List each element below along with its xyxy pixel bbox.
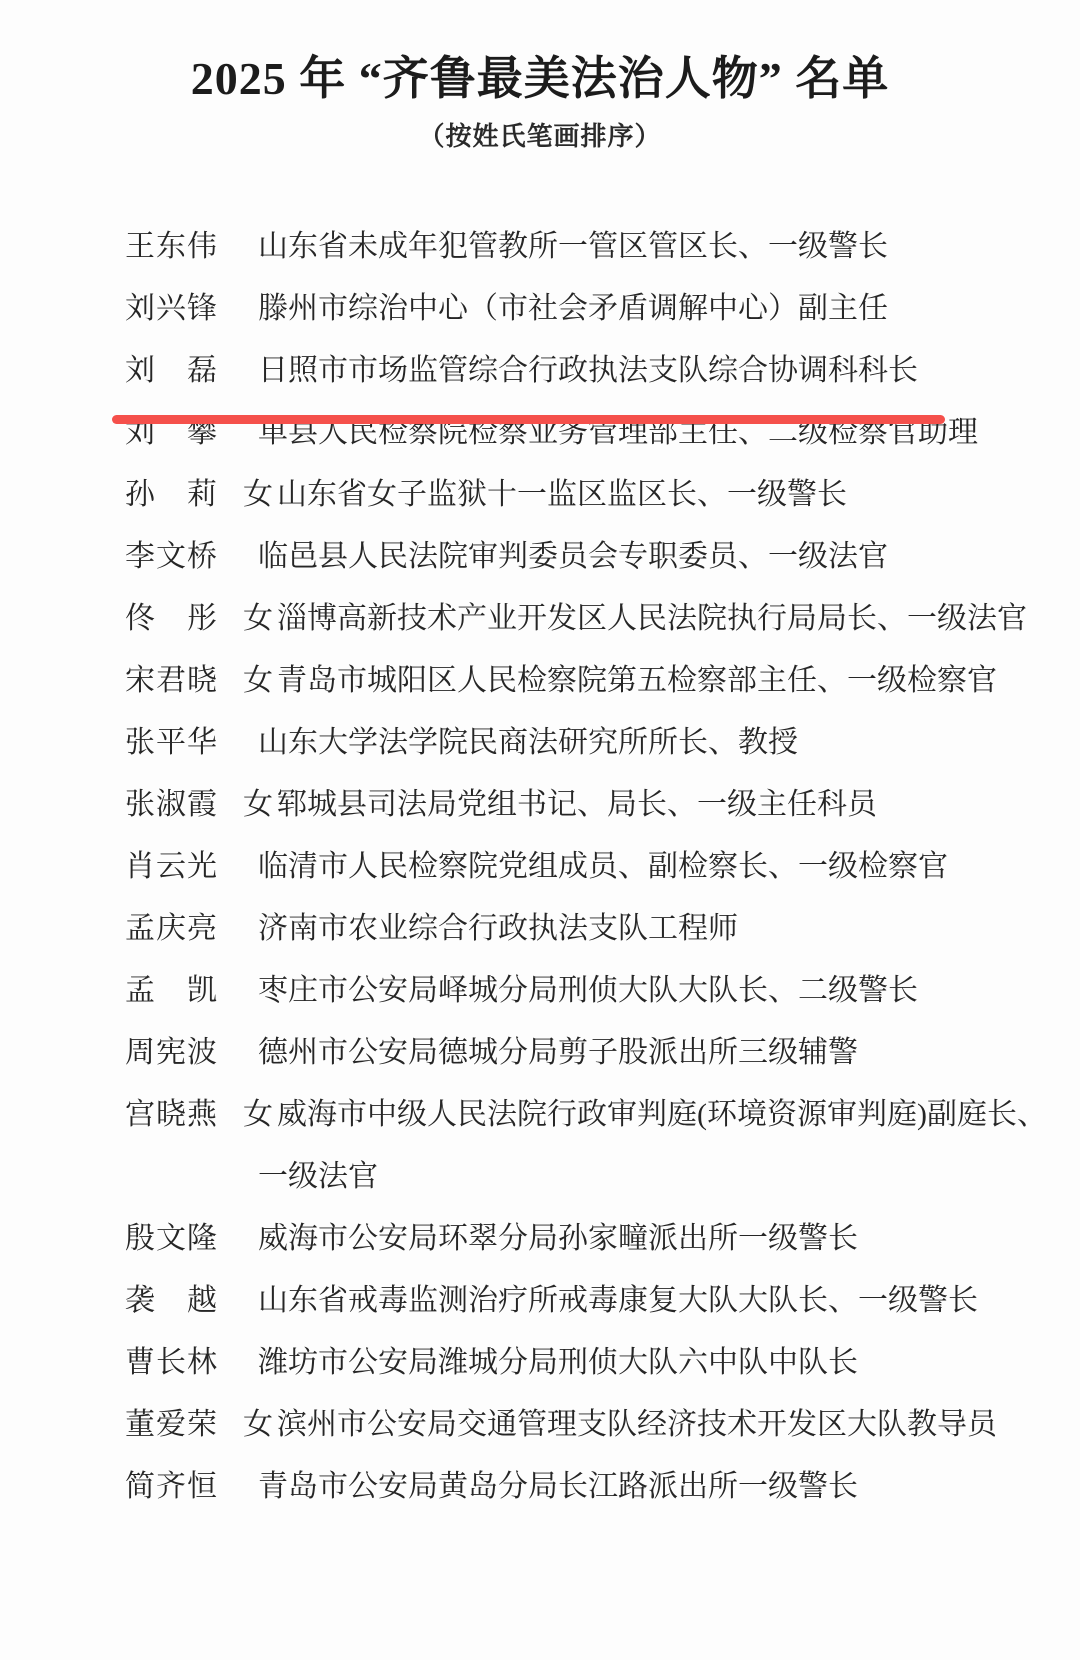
person-title: 滕州市综治中心（市社会矛盾调解中心）副主任 — [258, 278, 888, 340]
person-title: 郓城县司法局党组书记、局长、一级主任科员 — [277, 774, 877, 836]
person-title: 德州市公安局德城分局剪子股派出所三级辅警 — [258, 1022, 858, 1084]
person-name: 佟彤 — [125, 588, 217, 650]
person-name: 周宪波 — [125, 1022, 217, 1084]
page-title: 2025 年 “齐鲁最美法治人物” 名单 — [0, 50, 1080, 108]
person-title-continued: 一级法官 — [258, 1160, 378, 1193]
person-title: 临邑县人民法院审判委员会专职委员、一级法官 — [258, 526, 888, 588]
list-row: 宋君晓 女 青岛市城阳区人民检察院第五检察部主任、一级检察官 — [0, 650, 1080, 712]
person-name: 宫晓燕 — [125, 1084, 217, 1146]
award-list: 王东伟 山东省未成年犯管教所一管区管区长、一级警长 刘兴锋 滕州市综治中心（市社… — [0, 216, 1080, 1518]
list-row: 袭越 山东省戒毒监测治疗所戒毒康复大队大队长、一级警长 — [0, 1270, 1080, 1332]
list-row: 刘攀 单县人民检察院检察业务管理部主任、二级检察官助理 — [0, 402, 1080, 464]
gender-label: 女 — [243, 464, 277, 526]
list-row: 佟彤 女 淄博高新技术产业开发区人民法院执行局局长、一级法官 — [0, 588, 1080, 650]
person-title: 单县人民检察院检察业务管理部主任、二级检察官助理 — [258, 402, 978, 464]
gender-label: 女 — [243, 1394, 277, 1456]
list-row: 孙莉 女 山东省女子监狱十一监区监区长、一级警长 — [0, 464, 1080, 526]
person-name: 董爱荣 — [125, 1394, 217, 1456]
person-name: 曹长林 — [125, 1332, 217, 1394]
gender-label: 女 — [243, 774, 277, 836]
list-row: 刘磊 日照市市场监管综合行政执法支队综合协调科科长 — [0, 340, 1080, 402]
page-subtitle: （按姓氏笔画排序） — [0, 120, 1080, 154]
person-title: 济南市农业综合行政执法支队工程师 — [258, 898, 738, 960]
person-name: 张平华 — [125, 712, 217, 774]
person-title: 青岛市城阳区人民检察院第五检察部主任、一级检察官 — [277, 650, 997, 712]
list-row: 张平华 山东大学法学院民商法研究所所长、教授 — [0, 712, 1080, 774]
person-name: 宋君晓 — [125, 650, 217, 712]
person-title: 临清市人民检察院党组成员、副检察长、一级检察官 — [258, 836, 948, 898]
list-row: 孟庆亮 济南市农业综合行政执法支队工程师 — [0, 898, 1080, 960]
list-row: 简齐恒 青岛市公安局黄岛分局长江路派出所一级警长 — [0, 1456, 1080, 1518]
list-row: 刘兴锋 滕州市综治中心（市社会矛盾调解中心）副主任 — [0, 278, 1080, 340]
person-title: 潍坊市公安局潍城分局刑侦大队六中队中队长 — [258, 1332, 858, 1394]
person-name: 孙莉 — [125, 464, 217, 526]
person-name: 孟凯 — [125, 960, 217, 1022]
list-row: 周宪波 德州市公安局德城分局剪子股派出所三级辅警 — [0, 1022, 1080, 1084]
person-title: 枣庄市公安局峄城分局刑侦大队大队长、二级警长 — [258, 960, 918, 1022]
person-title: 威海市公安局环翠分局孙家疃派出所一级警长 — [258, 1208, 858, 1270]
list-row: 曹长林 潍坊市公安局潍城分局刑侦大队六中队中队长 — [0, 1332, 1080, 1394]
list-row: 张淑霞 女 郓城县司法局党组书记、局长、一级主任科员 — [0, 774, 1080, 836]
person-name: 肖云光 — [125, 836, 217, 898]
gender-label: 女 — [243, 650, 277, 712]
list-row: 宫晓燕 女 威海市中级人民法院行政审判庭(环境资源审判庭)副庭长、 — [0, 1084, 1080, 1146]
gender-label: 女 — [243, 588, 277, 650]
person-name: 殷文隆 — [125, 1208, 217, 1270]
person-title: 山东大学法学院民商法研究所所长、教授 — [258, 712, 798, 774]
person-title: 山东省女子监狱十一监区监区长、一级警长 — [277, 464, 847, 526]
person-name: 刘磊 — [125, 340, 217, 402]
person-title: 日照市市场监管综合行政执法支队综合协调科科长 — [258, 340, 918, 402]
person-name: 袭越 — [125, 1270, 217, 1332]
person-name: 简齐恒 — [125, 1456, 217, 1518]
person-title: 青岛市公安局黄岛分局长江路派出所一级警长 — [258, 1456, 858, 1518]
person-title: 淄博高新技术产业开发区人民法院执行局局长、一级法官 — [277, 588, 1027, 650]
person-name: 刘兴锋 — [125, 278, 217, 340]
person-name: 王东伟 — [125, 216, 217, 278]
list-row: 肖云光 临清市人民检察院党组成员、副检察长、一级检察官 — [0, 836, 1080, 898]
list-row: 殷文隆 威海市公安局环翠分局孙家疃派出所一级警长 — [0, 1208, 1080, 1270]
person-title: 山东省戒毒监测治疗所戒毒康复大队大队长、一级警长 — [258, 1270, 978, 1332]
person-name: 张淑霞 — [125, 774, 217, 836]
list-row: 王东伟 山东省未成年犯管教所一管区管区长、一级警长 — [0, 216, 1080, 278]
list-row: 李文桥 临邑县人民法院审判委员会专职委员、一级法官 — [0, 526, 1080, 588]
list-row-continuation: 一级法官 — [0, 1146, 1080, 1208]
list-row: 孟凯 枣庄市公安局峄城分局刑侦大队大队长、二级警长 — [0, 960, 1080, 1022]
person-title: 山东省未成年犯管教所一管区管区长、一级警长 — [258, 216, 888, 278]
person-name: 李文桥 — [125, 526, 217, 588]
person-title: 威海市中级人民法院行政审判庭(环境资源审判庭)副庭长、 — [277, 1084, 1047, 1146]
person-name: 孟庆亮 — [125, 898, 217, 960]
person-title: 滨州市公安局交通管理支队经济技术开发区大队教导员 — [277, 1394, 997, 1456]
gender-label: 女 — [243, 1084, 277, 1146]
list-row: 董爱荣 女 滨州市公安局交通管理支队经济技术开发区大队教导员 — [0, 1394, 1080, 1456]
person-name: 刘攀 — [125, 402, 217, 464]
red-highlight-underline — [112, 415, 945, 424]
